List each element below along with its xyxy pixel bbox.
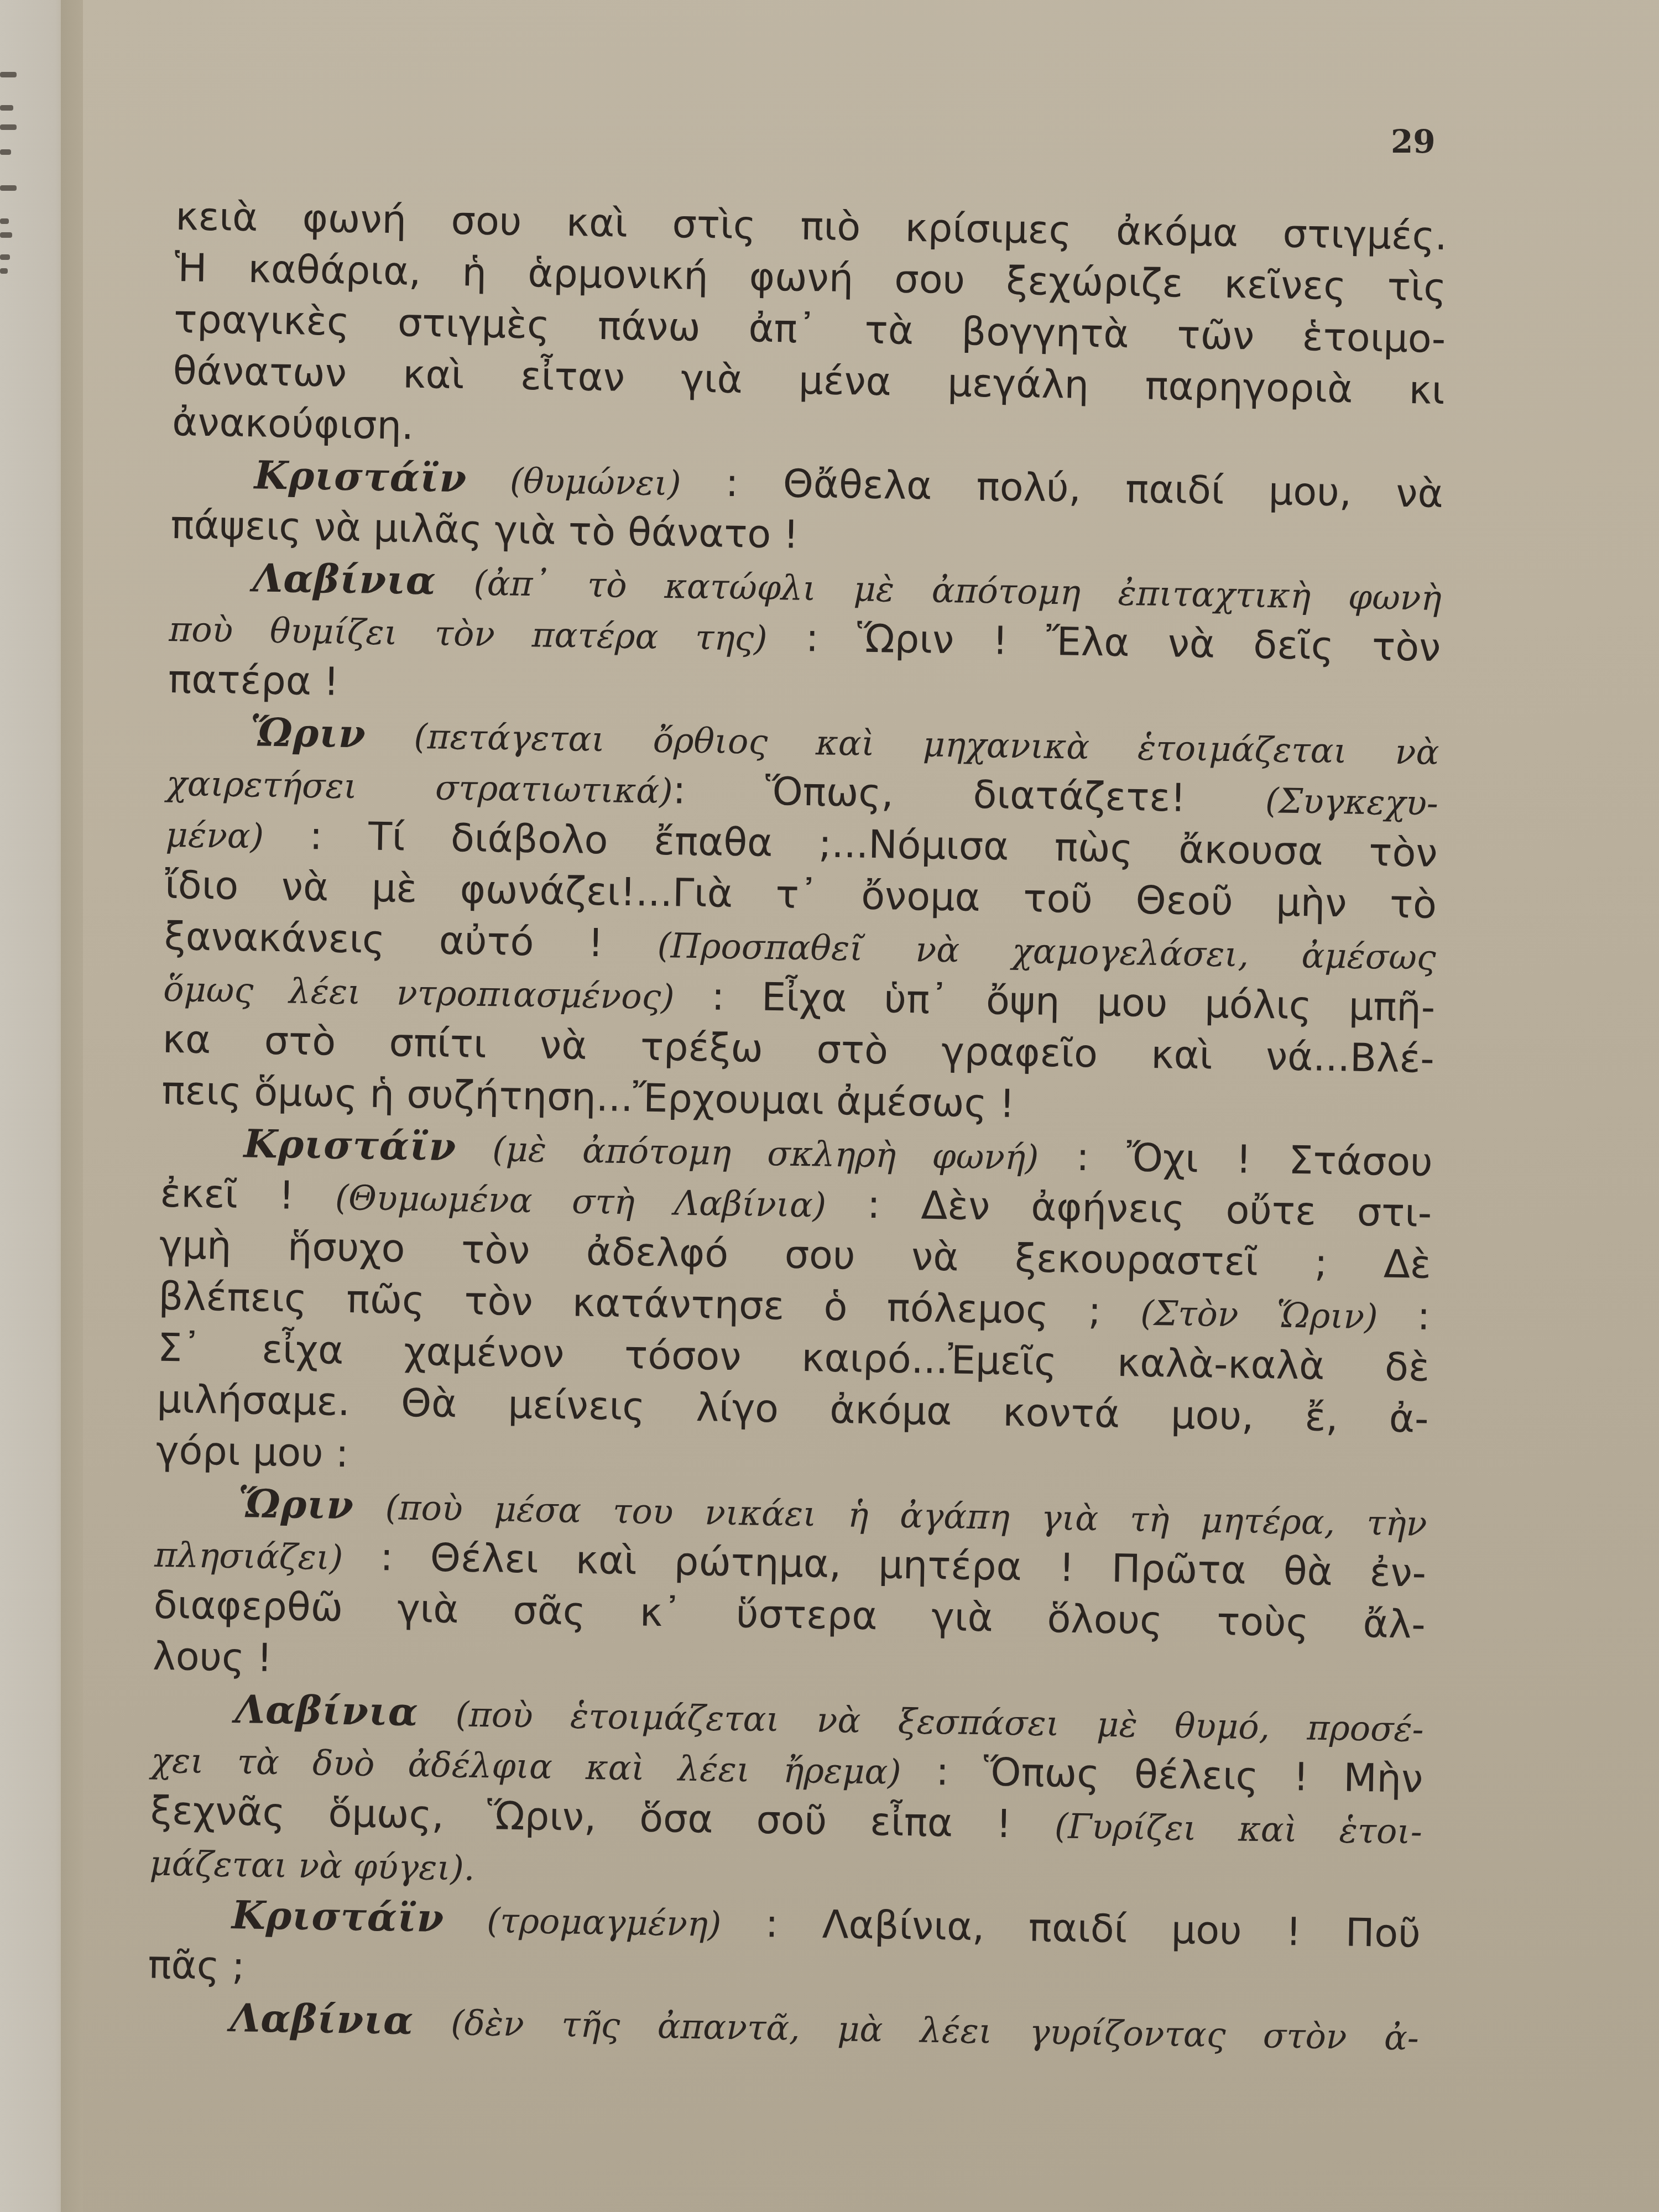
play-text-body: κειὰ φωνή σου καὶ στὶς πιὸ κρίσιμες ἀκόμ…: [147, 191, 1447, 2062]
dialogue-text: : Λαβίνια, παιδί μου ! Ποῦ: [721, 1900, 1421, 1957]
stage-direction: χει τὰ δυὸ ἀδέλφια καὶ λέει ἤρεμα): [151, 1740, 901, 1792]
speaker-name: Κριστάϊν: [254, 452, 467, 501]
dialogue-text: πᾶς ;: [148, 1942, 245, 1989]
dialogue-text: ξανακάνεις αὐτό !: [164, 914, 658, 967]
dialogue-text: : Ὥριν ! Ἔλα νὰ δεῖς τὸν: [767, 614, 1441, 670]
speaker-name: Λαβίνια: [229, 1995, 414, 2043]
text-fragment: [0, 218, 9, 224]
stage-direction: (Συγκεχυ-: [1265, 780, 1438, 823]
stage-direction: (θυμώνει): [467, 460, 681, 503]
text-fragment: [0, 232, 12, 238]
speaker-name: Λαβίνια: [234, 1686, 419, 1735]
text-fragment: [0, 105, 13, 111]
page-number: 29: [1391, 123, 1436, 160]
text-fragment: [0, 185, 17, 191]
speaker-name: Κριστάϊν: [243, 1120, 457, 1170]
stage-direction: μένα): [165, 815, 264, 857]
speaker-name: Κριστάϊν: [231, 1892, 445, 1941]
stage-direction: ποὺ θυμίζει τὸν πατέρα της): [169, 609, 768, 659]
stage-direction: (Θυμωμένα στὴ Λαβίνια): [335, 1177, 826, 1225]
speaker-name: Λαβίνια: [252, 555, 436, 603]
dialogue-text: ἐκεῖ !: [160, 1171, 336, 1219]
dialogue-text: πεις ὅμως ἡ συζήτηση...Ἔρχουμαι ἀμέσως !: [161, 1068, 1015, 1126]
dialogue-text: πατέρα !: [168, 656, 339, 705]
dialogue-text: : Θἄθελα πολύ, παιδί μου, νὰ: [681, 459, 1443, 517]
stage-direction: (τρομαγμένη): [444, 1900, 722, 1944]
speaker-name: Ὥριν: [250, 709, 366, 757]
previous-page-edge: [0, 0, 69, 2212]
stage-direction: (μὲ ἀπότομη σκληρὴ φωνή): [456, 1128, 1039, 1178]
text-fragment: [0, 72, 17, 77]
stage-direction: χαιρετήσει στρατιωτικά): [166, 763, 673, 811]
dialogue-text: λους !: [153, 1634, 273, 1681]
stage-direction: πλησιάζει): [154, 1535, 343, 1578]
stage-direction: (Στὸν Ὥριν): [1140, 1293, 1378, 1337]
text-fragment: [0, 268, 8, 274]
dialogue-text: :: [1378, 1292, 1431, 1338]
dialogue-text: : Ὅπως, διατάζετε!: [672, 767, 1266, 822]
stage-direction: (Προσπαθεῖ νὰ χαμογελάσει, ἀμέσως: [657, 925, 1436, 978]
stage-direction: (Γυρίζει καὶ ἑτοι-: [1054, 1806, 1422, 1851]
dialogue-text: : Εἶχα ὑπ᾽ ὄψη μου μόλις μπῆ-: [674, 973, 1436, 1030]
stage-direction: ὅμως λέει ντροπιασμένος): [163, 969, 675, 1018]
dialogue-text: : Δὲν ἀφήνεις οὔτε στι-: [826, 1181, 1432, 1236]
stage-direction: μάζεται νὰ φύγει).: [149, 1843, 475, 1888]
dialogue-text: : Ὄχι ! Στάσου: [1039, 1134, 1433, 1185]
speaker-name: Ὥριν: [238, 1480, 354, 1528]
dialogue-text: πάψεις νὰ μιλᾶς γιὰ τὸ θάνατο !: [170, 502, 799, 557]
text-fragment: [0, 254, 10, 260]
text-fragment: [0, 149, 11, 155]
dialogue-text: ἀνακούφιση.: [172, 399, 414, 448]
dialogue-text: : Ὅπως θέλεις ! Μὴν: [901, 1748, 1423, 1802]
dialogue-text: γόρι μου :: [156, 1428, 349, 1476]
text-fragment: [0, 124, 17, 130]
